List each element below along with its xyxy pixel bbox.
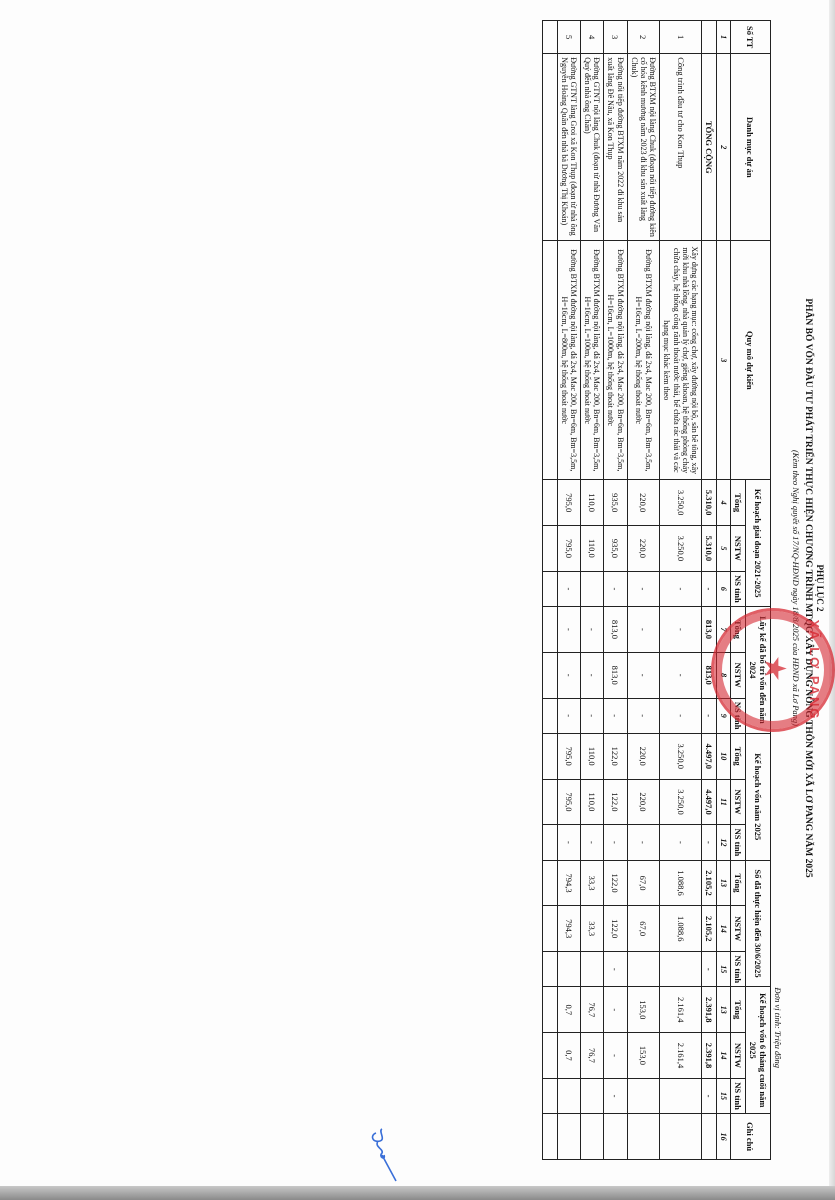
subheader-nstw: NSTW: [731, 779, 746, 825]
total-value: 813,0: [702, 652, 717, 698]
row-value: -: [557, 698, 580, 733]
empty-cell: [542, 1078, 557, 1113]
subheader-total: Tổng: [731, 607, 746, 653]
row-value: 3.250,0: [660, 480, 702, 526]
column-number: 15: [717, 952, 731, 987]
column-number: 2: [717, 54, 731, 241]
row-value: 0,7: [557, 987, 580, 1033]
row-value: 220,0: [627, 733, 660, 779]
row-value: 813,0: [604, 652, 627, 698]
table-row: 4Đường GTNT nội làng Chuk (đoạn từ nhà Đ…: [580, 21, 603, 1160]
total-value: 2.391,8: [702, 1033, 717, 1079]
row-value: -: [604, 952, 627, 987]
row-value: 76,7: [580, 1033, 603, 1079]
row-value: 795,0: [557, 480, 580, 526]
row-value: -: [580, 698, 603, 733]
row-value: -: [580, 825, 603, 860]
row-value: 3.250,0: [660, 526, 702, 572]
empty-cell: [542, 241, 557, 480]
row-value: -: [627, 607, 660, 653]
row-value: 813,0: [604, 607, 627, 653]
subheader-nstinh: NS tỉnh: [731, 571, 746, 606]
row-value: 110,0: [580, 526, 603, 572]
row-value: 2.161,4: [660, 1033, 702, 1079]
row-value: 33,3: [580, 860, 603, 906]
header-project: Danh mục dự án: [731, 54, 771, 241]
row-value: -: [557, 607, 580, 653]
header-plan-period: Kế hoạch giai đoạn 2021-2025: [746, 480, 771, 607]
total-value: -: [702, 1078, 717, 1113]
total-value: -: [702, 571, 717, 606]
header-scale: Quy mô dự kiến: [731, 241, 771, 480]
row-value: 0,7: [557, 1033, 580, 1079]
total-row: TỔNG CỘNG 5.310,05.310,0-813,0813,0-4.49…: [702, 21, 717, 1160]
column-number: 14: [717, 1033, 731, 1079]
row-value: -: [604, 698, 627, 733]
row-value: -: [557, 825, 580, 860]
row-project: Đường BTXM nội làng Chuk (đoạn nối tiếp …: [627, 54, 660, 241]
column-number: 8: [717, 652, 731, 698]
row-value: 220,0: [627, 779, 660, 825]
empty-cell: [542, 652, 557, 698]
column-number: 7: [717, 607, 731, 653]
total-label: TỔNG CỘNG: [702, 54, 717, 241]
column-number-row: 12345678910111213141513141516: [717, 21, 731, 1160]
total-value: [702, 1114, 717, 1160]
column-number: 12: [717, 825, 731, 860]
unit-label: Đơn vị tính: Triệu đồng: [773, 987, 783, 1068]
row-value: 935,0: [604, 480, 627, 526]
row-value: [627, 1114, 660, 1160]
row-value: 76,7: [580, 987, 603, 1033]
row-scale: Đường BTXM đường nội làng, đá 2x4, Mac 2…: [604, 241, 627, 480]
row-project: Đường GTNT nội làng Chuk (đoạn từ nhà Đư…: [580, 54, 603, 241]
row-value: 795,0: [557, 526, 580, 572]
row-value: -: [660, 698, 702, 733]
row-value: [580, 1078, 603, 1113]
row-project: Công trình đầu tư cho Kon Thụp: [660, 54, 702, 241]
empty-cell: [542, 526, 557, 572]
subheader-nstinh: NS tỉnh: [731, 698, 746, 733]
row-value: 3.250,0: [660, 733, 702, 779]
row-scale: Đường BTXM đường nội làng, đá 2x4, Mac 2…: [627, 241, 660, 480]
total-value: -: [702, 952, 717, 987]
empty-cell: [542, 1114, 557, 1160]
row-project: Đường nối tiếp đường BTXM năm 2022 đi kh…: [604, 54, 627, 241]
empty-cell: [542, 571, 557, 606]
subheader-nstw: NSTW: [731, 1033, 746, 1079]
empty-cell: [542, 860, 557, 906]
row-value: [604, 1114, 627, 1160]
header-stt: Số TT: [731, 21, 771, 54]
column-number: 13: [717, 860, 731, 906]
document-subtitle: (Kèm theo Nghị quyết số 17/NQ-HĐND ngày …: [791, 8, 801, 1168]
total-value: -: [702, 698, 717, 733]
subheader-total: Tổng: [731, 987, 746, 1033]
signature-icon: [368, 1125, 408, 1185]
row-value: 220,0: [627, 480, 660, 526]
allocation-table: Số TT Danh mục dự án Quy mô dự kiến Kế h…: [542, 20, 771, 1160]
subheader-total: Tổng: [731, 860, 746, 906]
table-row: 3Đường nối tiếp đường BTXM năm 2022 đi k…: [604, 21, 627, 1160]
row-value: [580, 952, 603, 987]
row-value: -: [604, 1033, 627, 1079]
row-value: -: [660, 607, 702, 653]
subheader-nstw: NSTW: [731, 906, 746, 952]
row-value: -: [580, 652, 603, 698]
empty-cell: [542, 906, 557, 952]
table-row: 5Đường GTNT làng Groi xã Kon Thụp (đoạn …: [557, 21, 580, 1160]
row-value: -: [660, 571, 702, 606]
row-value: 220,0: [627, 526, 660, 572]
row-scale: Đường BTXM đường nội làng, đá 2x4, Mac 2…: [557, 241, 580, 480]
total-scale: [702, 241, 717, 480]
row-value: [557, 952, 580, 987]
empty-cell: [542, 779, 557, 825]
row-value: 153,0: [627, 987, 660, 1033]
subheader-nstinh: NS tỉnh: [731, 825, 746, 860]
total-value: 4.497,0: [702, 779, 717, 825]
column-number: 11: [717, 779, 731, 825]
empty-cell: [542, 480, 557, 526]
empty-cell: [542, 952, 557, 987]
row-value: 67,0: [627, 906, 660, 952]
subheader-nstinh: NS tỉnh: [731, 952, 746, 987]
column-number: 4: [717, 480, 731, 526]
document-header: PHỤ LỤC 2 PHÂN BỔ VỐN ĐẦU TƯ PHÁT TRIỂN …: [791, 8, 825, 1168]
row-value: [557, 1078, 580, 1113]
row-value: 795,0: [557, 733, 580, 779]
total-value: 2.105,2: [702, 906, 717, 952]
column-number: 3: [717, 241, 731, 480]
empty-cell: [542, 21, 557, 54]
header-plan-2025: Kế hoạch vốn năm 2025: [746, 733, 771, 860]
column-number: 9: [717, 698, 731, 733]
row-value: 2.161,4: [660, 987, 702, 1033]
subheader-nstw: NSTW: [731, 652, 746, 698]
column-number: 6: [717, 571, 731, 606]
column-number: 5: [717, 526, 731, 572]
empty-cell: [542, 987, 557, 1033]
row-value: [627, 1078, 660, 1113]
row-scale: Đường BTXM đường nội làng, đá 2x4, Mac 2…: [580, 241, 603, 480]
row-value: [580, 1114, 603, 1160]
header-note: Ghi chú: [731, 1114, 771, 1160]
row-value: -: [604, 571, 627, 606]
row-stt: 4: [580, 21, 603, 54]
row-value: [627, 952, 660, 987]
table-row: 2Đường BTXM nội làng Chuk (đoạn nối tiếp…: [627, 21, 660, 1160]
empty-cell: [542, 1033, 557, 1079]
row-value: -: [557, 571, 580, 606]
row-value: -: [627, 825, 660, 860]
total-value: 2.105,2: [702, 860, 717, 906]
row-value: -: [627, 698, 660, 733]
row-value: 1.088,6: [660, 860, 702, 906]
table-body: TỔNG CỘNG 5.310,05.310,0-813,0813,0-4.49…: [542, 21, 716, 1160]
total-value: 813,0: [702, 607, 717, 653]
row-value: -: [604, 825, 627, 860]
header-last6: Kế hoạch vốn 6 tháng cuối năm 2025: [746, 987, 771, 1114]
total-value: 4.497,0: [702, 733, 717, 779]
row-value: -: [604, 1078, 627, 1113]
empty-cell: [542, 54, 557, 241]
subheader-nstinh: NS tỉnh: [731, 1078, 746, 1113]
subheader-nstw: NSTW: [731, 526, 746, 572]
column-number: 15: [717, 1078, 731, 1113]
row-value: 935,0: [604, 526, 627, 572]
row-value: 122,0: [604, 860, 627, 906]
row-project: Đường GTNT làng Groi xã Kon Thụp (đoạn t…: [557, 54, 580, 241]
empty-cell: [542, 607, 557, 653]
row-value: -: [660, 652, 702, 698]
row-value: [580, 571, 603, 606]
row-value: -: [627, 571, 660, 606]
row-value: [660, 1114, 702, 1160]
row-stt: 2: [627, 21, 660, 54]
total-value: -: [702, 825, 717, 860]
empty-cell: [542, 698, 557, 733]
row-stt: 1: [660, 21, 702, 54]
row-value: [660, 952, 702, 987]
row-value: 1.088,6: [660, 906, 702, 952]
total-stt: [702, 21, 717, 54]
column-number: 10: [717, 733, 731, 779]
column-number: 13: [717, 987, 731, 1033]
empty-cell: [542, 733, 557, 779]
row-value: [557, 1114, 580, 1160]
row-stt: 3: [604, 21, 627, 54]
subheader-total: Tổng: [731, 733, 746, 779]
total-value: 5.310,0: [702, 526, 717, 572]
empty-row: [542, 21, 557, 1160]
row-scale: Xây dựng các hạng mục: cổng chợ, xây đườ…: [660, 241, 702, 480]
row-value: 795,0: [557, 779, 580, 825]
row-value: 794,3: [557, 860, 580, 906]
row-value: 122,0: [604, 779, 627, 825]
row-value: -: [660, 825, 702, 860]
document-title: PHÂN BỔ VỐN ĐẦU TƯ PHÁT TRIỂN THỰC HIỆN …: [803, 8, 813, 1168]
header-done: Số đã thực hiện đến 30/6/2025: [746, 860, 771, 987]
row-value: -: [557, 652, 580, 698]
column-number: 1: [717, 21, 731, 54]
appendix-label: PHỤ LỤC 2: [815, 8, 825, 1168]
document-page: PHỤ LỤC 2 PHÂN BỔ VỐN ĐẦU TƯ PHÁT TRIỂN …: [135, 8, 835, 1168]
row-value: [660, 1078, 702, 1113]
column-number: 14: [717, 906, 731, 952]
row-value: 3.250,0: [660, 779, 702, 825]
row-value: 110,0: [580, 779, 603, 825]
row-stt: 5: [557, 21, 580, 54]
row-value: 67,0: [627, 860, 660, 906]
column-number: 16: [717, 1114, 731, 1160]
row-value: 110,0: [580, 480, 603, 526]
total-value: 5.310,0: [702, 480, 717, 526]
subheader-total: Tổng: [731, 480, 746, 526]
row-value: 122,0: [604, 906, 627, 952]
total-value: 2.391,8: [702, 987, 717, 1033]
row-value: -: [627, 652, 660, 698]
row-value: 153,0: [627, 1033, 660, 1079]
table-row: 1Công trình đầu tư cho Kon ThụpXây dựng …: [660, 21, 702, 1160]
empty-cell: [542, 825, 557, 860]
row-value: 110,0: [580, 733, 603, 779]
row-value: 122,0: [604, 733, 627, 779]
scan-edge-bottom: [0, 1186, 835, 1200]
row-value: 794,3: [557, 906, 580, 952]
row-value: -: [580, 607, 603, 653]
header-cumulative: Lũy kế đã bố trí vốn đến năm 2024: [746, 607, 771, 734]
row-value: 33,3: [580, 906, 603, 952]
row-value: -: [604, 987, 627, 1033]
